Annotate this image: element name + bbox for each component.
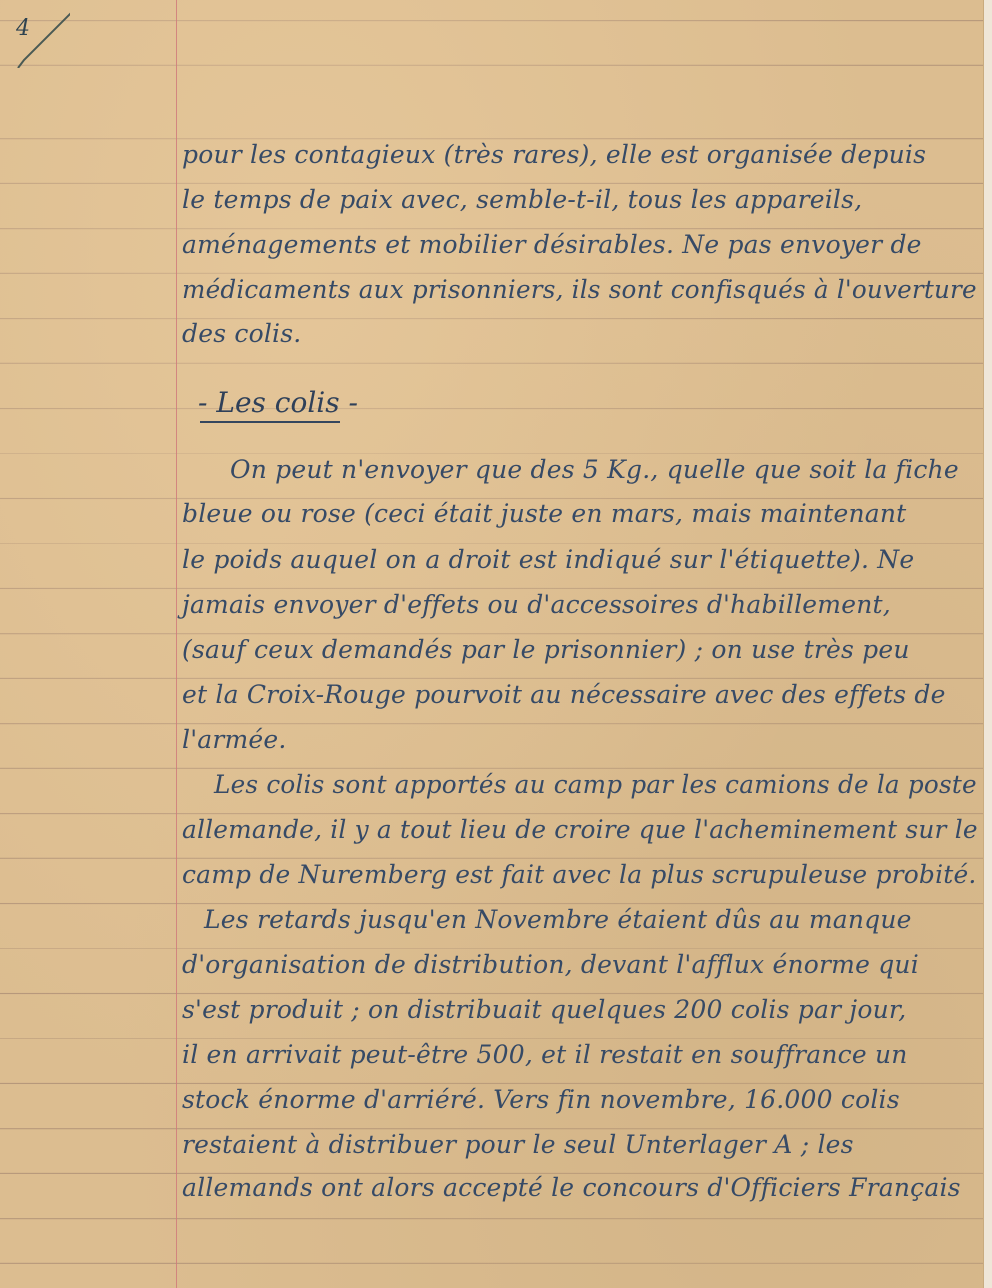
section-heading: - Les colis - (198, 386, 358, 419)
text-line: Les colis sont apportés au camp par les … (214, 770, 977, 800)
margin-rule (176, 0, 177, 1288)
text-line: médicaments aux prisonniers, ils sont co… (182, 275, 977, 305)
text-line: le poids auquel on a droit est indiqué s… (182, 545, 914, 575)
page-edge (983, 0, 992, 1288)
text-line: pour les contagieux (très rares), elle e… (182, 140, 926, 170)
text-line: d'organisation de distribution, devant l… (182, 950, 919, 980)
text-line: aménagements et mobilier désirables. Ne … (182, 230, 922, 260)
text-line: le temps de paix avec, semble-t-il, tous… (182, 185, 862, 215)
heading-underline (200, 421, 340, 423)
text-line: camp de Nuremberg est fait avec la plus … (182, 860, 977, 890)
text-line: stock énorme d'arriéré. Vers fin novembr… (182, 1085, 900, 1115)
text-line: restaient à distribuer pour le seul Unte… (182, 1130, 854, 1160)
text-line: s'est produit ; on distribuait quelques … (182, 995, 906, 1025)
text-line: jamais envoyer d'effets ou d'accessoires… (182, 590, 891, 620)
text-line: bleue ou rose (ceci était juste en mars,… (182, 499, 906, 529)
page-number-mark: 4 (16, 16, 30, 41)
text-line: et la Croix-Rouge pourvoit au nécessaire… (182, 680, 946, 710)
text-line: des colis. (182, 319, 301, 349)
text-line: On peut n'envoyer que des 5 Kg., quelle … (230, 455, 959, 485)
text-line: l'armée. (182, 725, 287, 755)
text-line: il en arrivait peut-être 500, et il rest… (182, 1040, 908, 1070)
text-line: allemands ont alors accepté le concours … (182, 1173, 961, 1203)
text-line: (sauf ceux demandés par le prisonnier) ;… (182, 635, 910, 665)
text-line: Les retards jusqu'en Novembre étaient dû… (204, 905, 912, 935)
text-line: allemande, il y a tout lieu de croire qu… (182, 815, 978, 845)
